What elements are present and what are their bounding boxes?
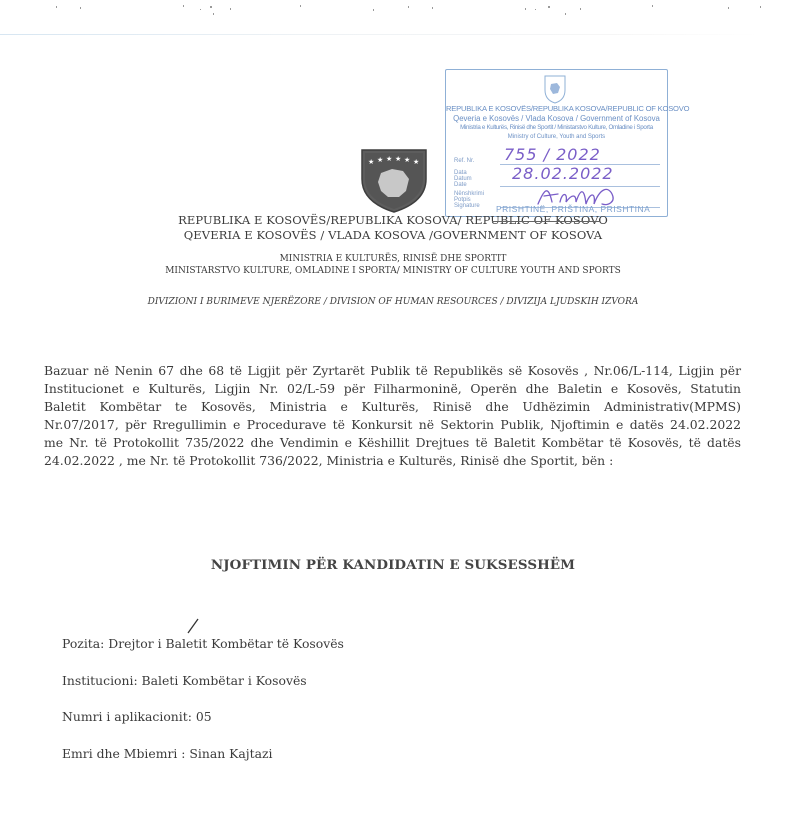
stamp-overlap-line: [492, 221, 600, 222]
paragraph-line: Bazuar në Nenin 67 dhe 68 të Ligjit për …: [44, 362, 741, 380]
svg-text:★: ★: [395, 155, 401, 163]
scan-noise: [0, 0, 786, 20]
header-republic: REPUBLIKA E KOSOVËS/REPUBLIKA KOSOVA/ RE…: [0, 213, 786, 227]
stamp-ref-value: 755 / 2022: [504, 145, 601, 164]
stamp-line-1: REPUBLIKA E KOSOVËS/REPUBLIKA KOSOVA/REP…: [446, 104, 667, 113]
stamp-date-value: 28.02.2022: [512, 164, 614, 183]
kosovo-coat-of-arms-icon: ★★★ ★★★: [359, 147, 429, 213]
svg-text:★: ★: [386, 155, 392, 163]
stamp-line-3: Ministria e Kulturës, Rinisë dhe Sportit…: [446, 124, 667, 131]
svg-text:★: ★: [404, 156, 410, 164]
svg-text:★: ★: [368, 158, 374, 166]
pen-tick-mark-icon: [186, 617, 200, 635]
header-ministry-sr-en: MINISTARSTVO KULTURE, OMLADINE I SPORTA/…: [0, 266, 786, 276]
stamp-date-label-3: Date: [454, 182, 467, 189]
paragraph-line: me Nr. të Protokollit 735/2022 dhe Vendi…: [44, 434, 741, 452]
paragraph-line: 24.02.2022 , me Nr. të Protokollit 736/2…: [44, 452, 741, 470]
field-candidate-name: Emri dhe Mbiemri : Sinan Kajtazi: [62, 746, 272, 761]
header-ministry-sq: MINISTRIA E KULTURËS, RINISË DHE SPORTIT: [0, 254, 786, 264]
stamp-line-2: Qeveria e Kosovës / Vlada Kosova / Gover…: [446, 114, 667, 123]
field-institution: Institucioni: Baleti Kombëtar i Kosovës: [62, 673, 307, 688]
stamp-line-4: Ministry of Culture, Youth and Sports: [446, 134, 667, 140]
field-application-number: Numri i aplikacionit: 05: [62, 709, 212, 724]
svg-text:★: ★: [413, 158, 419, 166]
notice-title: NJOFTIMIN PËR KANDIDATIN E SUKSESSHËM: [0, 557, 786, 573]
stamp-sign-label-3: Signature: [454, 203, 480, 210]
paragraph-line: Nr.07/2017, për Rregullimin e Procedurav…: [44, 416, 741, 434]
stamp-emblem-icon: [543, 74, 567, 104]
registration-stamp: REPUBLIKA E KOSOVËS/REPUBLIKA KOSOVA/REP…: [445, 69, 668, 217]
header-division: DIVIZIONI I BURIMEVE NJERËZORE / DIVISIO…: [0, 297, 786, 307]
field-position: Pozita: Drejtor i Baletit Kombëtar të Ko…: [62, 636, 344, 651]
stamp-ref-label: Ref. Nr.: [454, 158, 474, 165]
header-government: QEVERIA E KOSOVËS / VLADA KOSOVA /GOVERN…: [0, 228, 786, 242]
paragraph-line: Baletit Kombëtar te Kosovës, Ministria e…: [44, 398, 741, 416]
scan-artifact-line: [0, 34, 760, 35]
svg-text:★: ★: [377, 156, 383, 164]
legal-basis-paragraph: Bazuar në Nenin 67 dhe 68 të Ligjit për …: [44, 362, 741, 471]
paragraph-line: Institucionet e Kulturës, Ligjin Nr. 02/…: [44, 380, 741, 398]
